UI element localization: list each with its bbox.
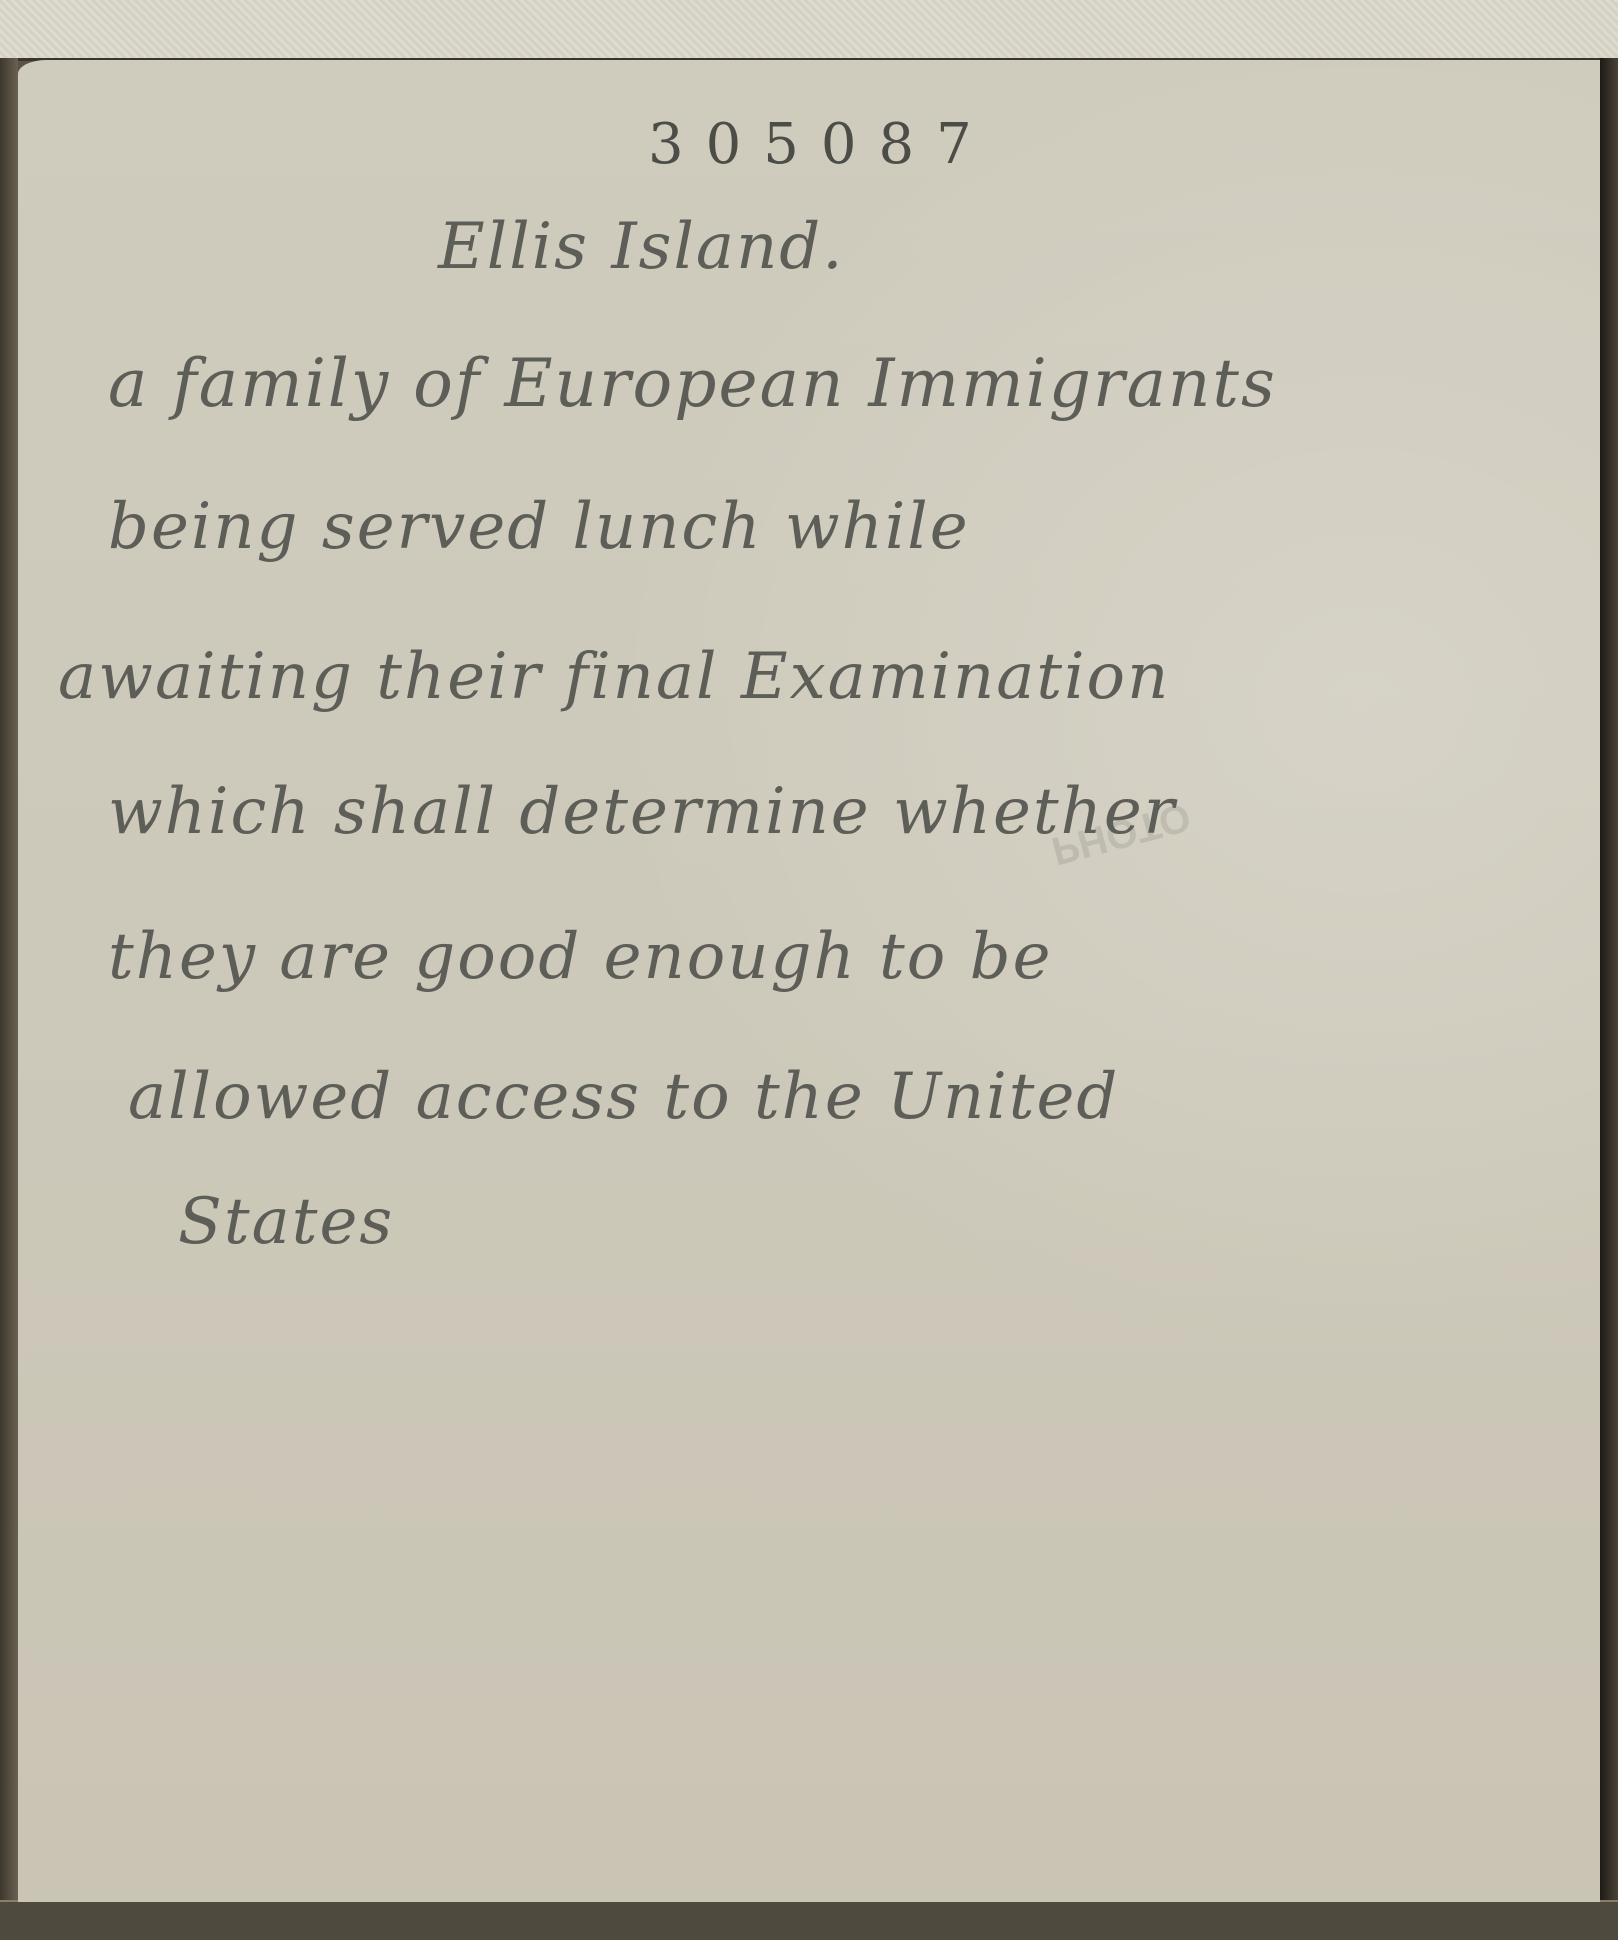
caption-line-5: they are good enough to be (108, 920, 1052, 994)
caption-line-6: allowed access to the United (128, 1060, 1119, 1134)
photo-back-paper: PHOTO 305087 Ellis Island. a family of E… (18, 60, 1600, 1902)
left-frame-edge (0, 58, 18, 1940)
bottom-mat-board (0, 1900, 1618, 1940)
caption-line-1: a family of European Immigrants (108, 345, 1277, 422)
top-mat-board (0, 0, 1618, 61)
caption-line-7: States (178, 1185, 394, 1259)
serial-number: 305087 (648, 112, 994, 177)
caption-title: Ellis Island. (438, 210, 845, 284)
caption-line-4: which shall determine whether (108, 775, 1176, 849)
caption-line-3: awaiting their final Examination (58, 640, 1170, 714)
right-frame-edge (1600, 58, 1618, 1940)
caption-line-2: being served lunch while (108, 490, 970, 564)
